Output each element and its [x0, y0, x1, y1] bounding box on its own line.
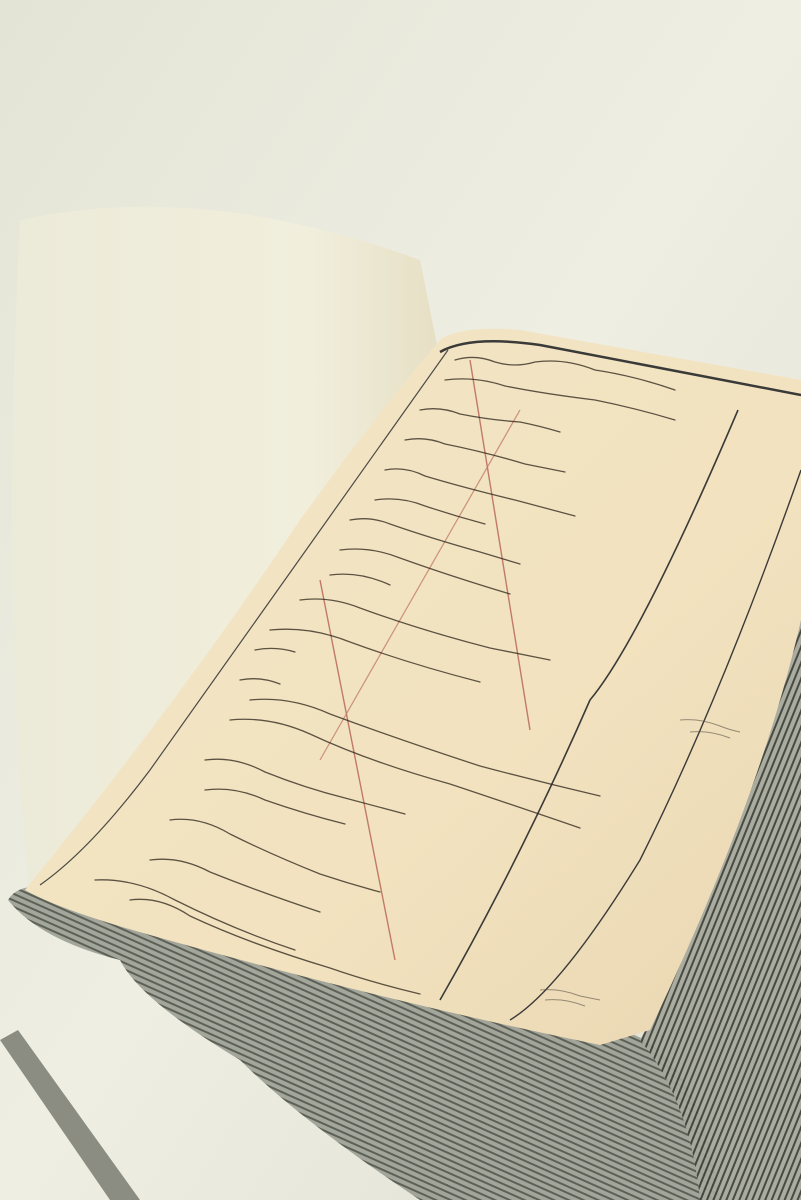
ledger-photo	[0, 0, 801, 1200]
photo-scene	[0, 0, 801, 1200]
